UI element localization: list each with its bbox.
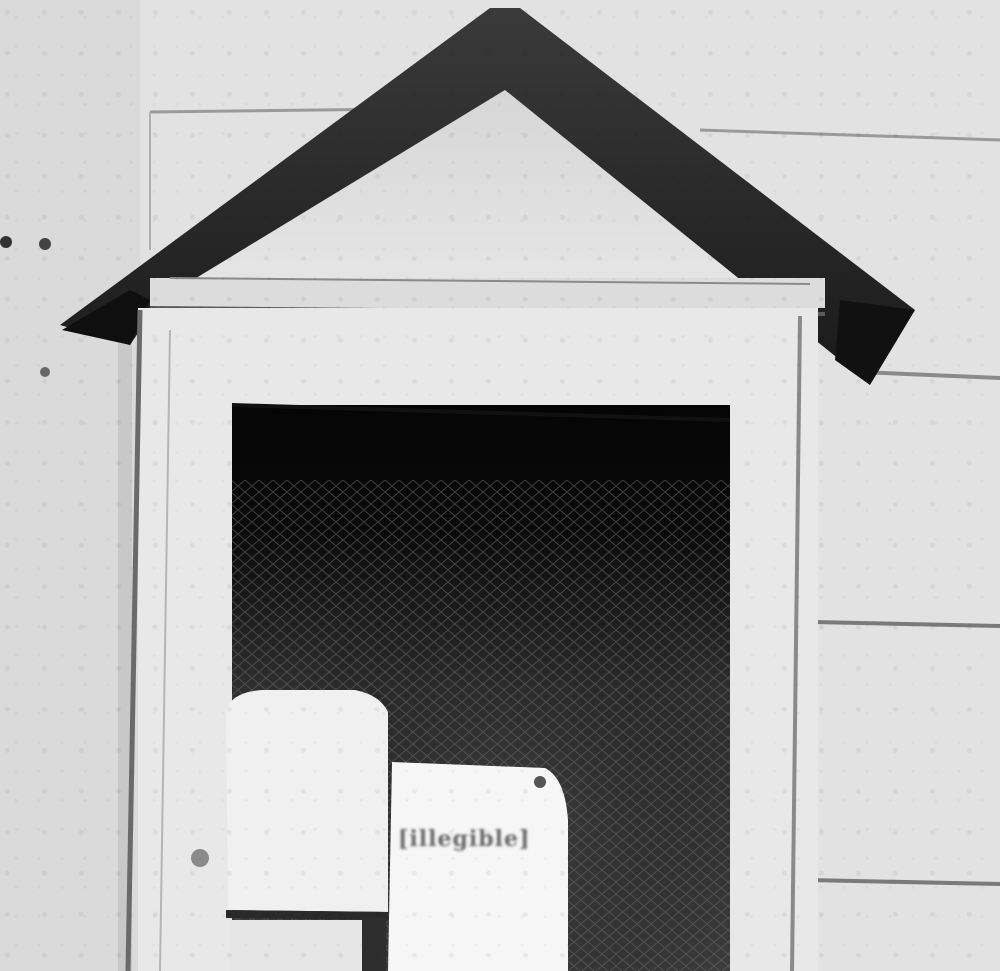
right-notice (388, 762, 568, 971)
right-notice-text: [illegible] (398, 826, 530, 852)
photograph: [illegible] (0, 0, 1000, 971)
left-notice (226, 690, 388, 971)
